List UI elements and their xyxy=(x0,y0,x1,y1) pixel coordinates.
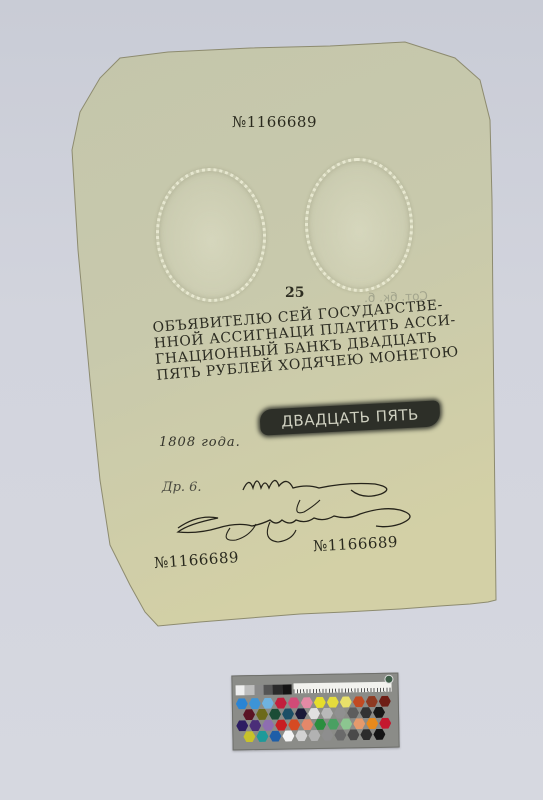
color-patch xyxy=(379,718,391,729)
color-patch xyxy=(275,697,287,708)
color-patch xyxy=(373,707,385,718)
color-patch xyxy=(249,720,261,731)
serial-number-top: №1166689 xyxy=(232,113,317,131)
color-patch xyxy=(353,718,365,729)
year-text: 1808 года. xyxy=(159,435,241,450)
color-patch xyxy=(269,709,281,720)
color-patch xyxy=(347,707,359,718)
color-patch xyxy=(288,719,300,730)
denomination-numeral: 25 xyxy=(285,285,304,301)
color-patch xyxy=(379,696,391,707)
color-patch xyxy=(360,729,372,740)
color-patch xyxy=(301,697,313,708)
clerk-mark: Др. 6. xyxy=(162,480,202,495)
grey-patch xyxy=(245,685,255,695)
color-patch xyxy=(256,731,268,742)
color-patch xyxy=(236,720,248,731)
grey-patch xyxy=(264,685,274,695)
color-patch xyxy=(366,718,378,729)
color-patch xyxy=(360,707,372,718)
color-patch xyxy=(301,719,313,730)
color-patch xyxy=(340,718,352,729)
color-patch xyxy=(295,730,307,741)
color-patch xyxy=(249,698,261,709)
color-patch xyxy=(262,698,274,709)
color-patch xyxy=(282,708,294,719)
color-patch xyxy=(243,709,255,720)
color-patch xyxy=(327,697,339,708)
color-patch xyxy=(314,719,326,730)
color-patch xyxy=(347,729,359,740)
color-patch xyxy=(295,708,307,719)
color-patch xyxy=(353,696,365,707)
grey-patch xyxy=(273,685,283,695)
color-patch xyxy=(243,731,255,742)
color-patch xyxy=(236,698,248,709)
color-patch xyxy=(340,696,352,707)
color-patch xyxy=(314,697,326,708)
color-patch xyxy=(269,731,281,742)
color-patch xyxy=(282,730,294,741)
grey-scale-strip xyxy=(236,684,292,695)
color-patch xyxy=(288,697,300,708)
color-calibration-card xyxy=(231,673,399,751)
grey-patch xyxy=(236,685,246,695)
ruler-scale xyxy=(294,682,392,694)
card-logo-icon xyxy=(384,675,393,684)
color-patch xyxy=(334,729,346,740)
color-patch-grid xyxy=(236,696,397,743)
color-patch xyxy=(256,709,268,720)
color-patch xyxy=(275,719,287,730)
color-patch xyxy=(334,707,346,718)
color-patch xyxy=(321,730,333,741)
grey-patch xyxy=(254,685,264,695)
color-patch xyxy=(366,696,378,707)
color-patch xyxy=(327,719,339,730)
color-patch xyxy=(373,729,385,740)
color-patch xyxy=(308,708,320,719)
color-patch xyxy=(308,730,320,741)
color-patch xyxy=(262,720,274,731)
grey-patch xyxy=(282,684,292,694)
color-patch xyxy=(321,708,333,719)
